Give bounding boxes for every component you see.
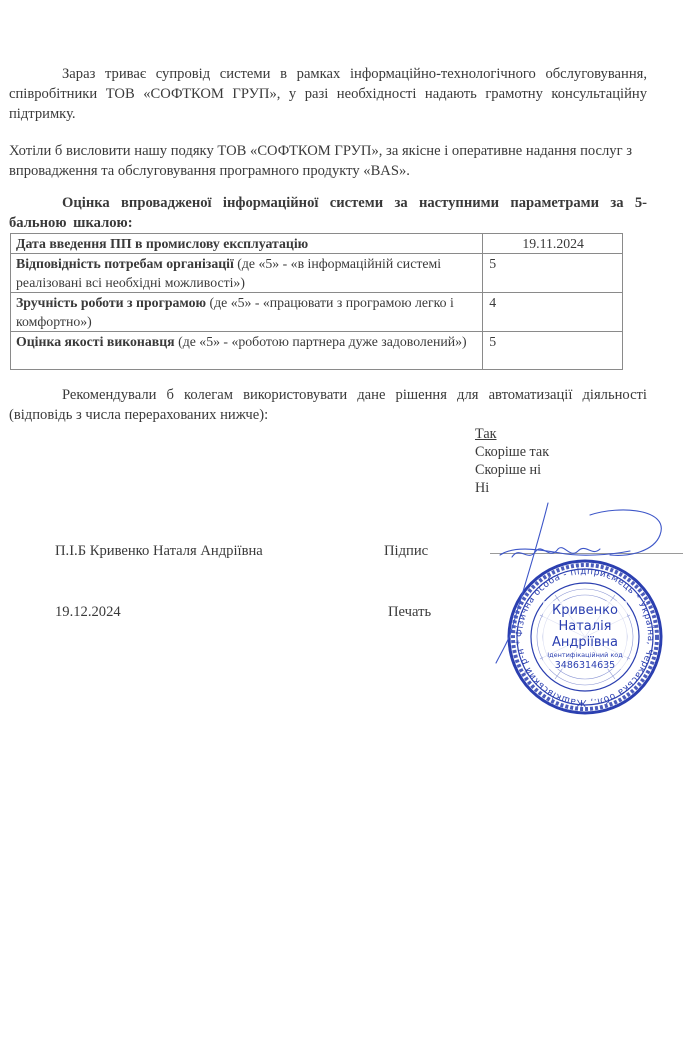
stamp-line-3: Андріївна [552, 635, 618, 650]
document-page: Зараз триває супровід системи в рамках і… [0, 0, 700, 1062]
table-row: Дата введення ПП в промислову експлуатац… [11, 234, 623, 254]
recommend-paragraph: Рекомендували б колегам використовувати … [9, 385, 647, 425]
option-rather-no: Скоріше ні [475, 461, 549, 479]
seal-stamp-icon: Фізична особа - підприємець * Україна, Ч… [470, 495, 700, 725]
criterion-cell: Оцінка якості виконавця (де «5» - «робот… [11, 332, 483, 370]
stamp-id-code: 3486314635 [555, 660, 615, 671]
criterion-note: (де «5» - «роботою партнера дуже задовол… [175, 334, 467, 349]
table-row: Зручність роботи з програмою (де «5» - «… [11, 293, 623, 332]
rating-value: 5 [483, 254, 623, 293]
criterion-title: Відповідність потребам організації [16, 256, 234, 271]
stamp-label: Печать [388, 604, 431, 621]
stamp-id-label: Ідентифікаційний код [547, 651, 623, 659]
option-rather-yes: Скоріше так [475, 443, 549, 461]
document-date: 19.12.2024 [55, 604, 121, 621]
thanks-paragraph: Хотіли б висловити нашу подяку ТОВ «СОФТ… [9, 141, 647, 181]
option-yes-selected: Так [475, 425, 549, 443]
criterion-title: Дата введення ПП в промислову експлуатац… [16, 236, 308, 251]
signature-label: Підпис [384, 543, 428, 560]
criterion-cell: Дата введення ПП в промислову експлуатац… [11, 234, 483, 254]
ratings-table: Дата введення ПП в промислову експлуатац… [10, 233, 623, 370]
criterion-title: Зручність роботи з програмою [16, 295, 206, 310]
rating-value: 4 [483, 293, 623, 332]
table-row: Оцінка якості виконавця (де «5» - «робот… [11, 332, 623, 370]
criterion-cell: Зручність роботи з програмою (де «5» - «… [11, 293, 483, 332]
stamp-line-2: Наталія [558, 619, 611, 634]
table-row: Відповідність потребам організації (де «… [11, 254, 623, 293]
criterion-title: Оцінка якості виконавця [16, 334, 175, 349]
support-paragraph: Зараз триває супровід системи в рамках і… [9, 64, 647, 124]
signer-name: П.І.Б Кривенко Наталя Андріївна [55, 543, 263, 560]
recommendation-options: Так Скоріше так Скоріше ні Ні [475, 425, 549, 497]
stamp-line-1: Кривенко [552, 603, 618, 618]
rating-heading: Оцінка впровадженої інформаційної систем… [9, 193, 647, 233]
criterion-cell: Відповідність потребам організації (де «… [11, 254, 483, 293]
rating-value: 5 [483, 332, 623, 370]
rating-value: 19.11.2024 [483, 234, 623, 254]
